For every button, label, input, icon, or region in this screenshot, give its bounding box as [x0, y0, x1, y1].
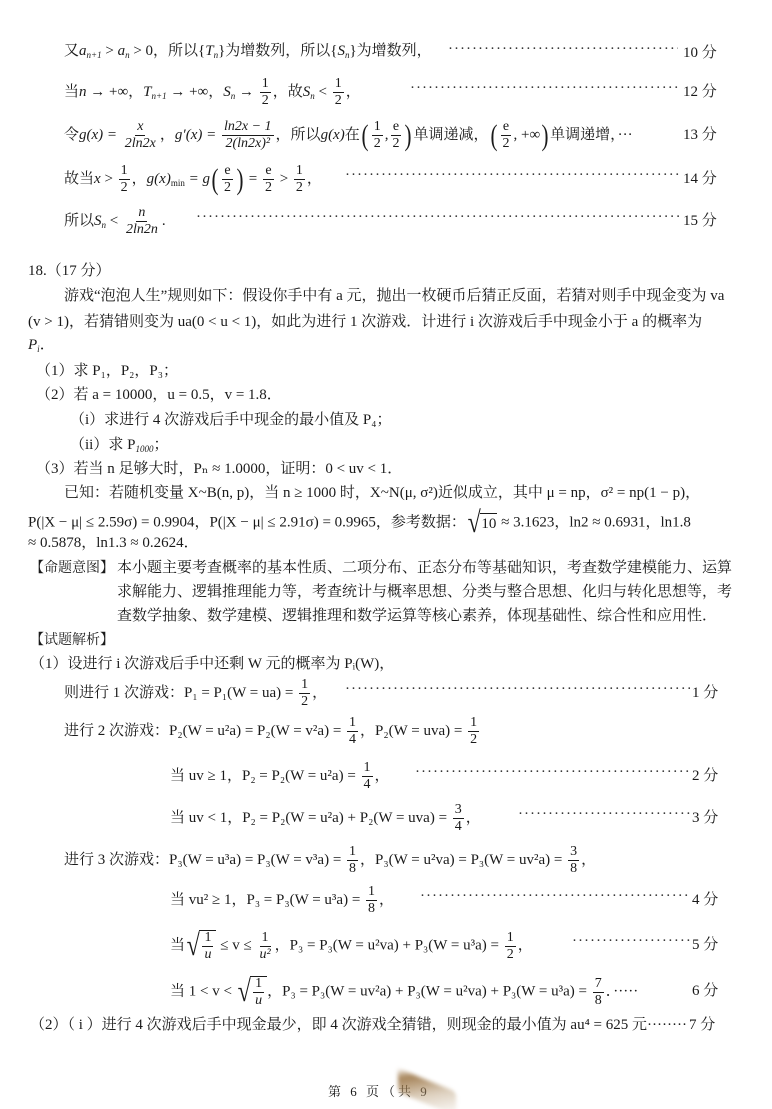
- text: ，: [581, 852, 596, 868]
- denominator: 2: [299, 694, 310, 709]
- fraction: 1u: [202, 931, 213, 962]
- score-label: 2 分: [692, 764, 718, 785]
- solution-line-12: 当n → +∞，Tn+1 → +∞，Sn → 12，故Sn < 12，: [64, 77, 361, 108]
- text: ；: [153, 437, 168, 453]
- intent-line-3: 查数学抽象、数学建模、逻辑推理和数学运算等核心素养，体现基础性、综合性和应用性．: [117, 606, 717, 626]
- text: ，P₃ = P₃(W = uv²a) + P₃(W = u²va) + P₃(W…: [267, 983, 591, 999]
- step-3-games: 进行 3 次游戏：P₃(W = u³a) = P₃(W = v³a) = 18，…: [64, 845, 596, 876]
- numerator: 1: [253, 977, 264, 993]
- math-var: S: [337, 43, 345, 59]
- denominator: 2ln2n: [124, 222, 160, 237]
- text: ，: [312, 685, 327, 701]
- denominator: 4: [347, 732, 358, 747]
- sqrt: √1u: [236, 976, 267, 1008]
- solution-line-10: 又an+1 > an > 0，所以{Tn}为增数列，所以{Sn}为增数列，: [64, 41, 432, 61]
- step-2-case-a: 当 uv ≥ 1，P₂ = P₂(W = u²a) = 14，: [170, 761, 390, 792]
- sqrt: √1u: [185, 930, 216, 962]
- text: ，: [346, 84, 361, 100]
- denominator: u²: [257, 947, 272, 962]
- denominator: 2: [372, 136, 383, 151]
- math-op: <: [315, 84, 331, 100]
- leader-dots: ········································…: [345, 167, 680, 184]
- numerator: 1: [260, 77, 271, 93]
- text: P(|X − μ| ≤ 2.59σ) = 0.9904，P(|X − μ| ≤ …: [28, 514, 466, 530]
- text: 当: [64, 84, 79, 100]
- step-3-case-b: 当√1u ≤ v ≤ 1u²，P₃ = P₃(W = u²va) + P₃(W …: [170, 930, 533, 962]
- denominator: 2ln2x: [123, 136, 158, 151]
- fraction: x2ln2x: [123, 120, 158, 151]
- fraction: 12: [294, 164, 305, 195]
- problem-stem-line-2: (v > 1)，若猜错则变为 ua(0 < u < 1)，如此为进行 1 次游戏…: [28, 312, 702, 332]
- numerator: 1: [362, 761, 373, 777]
- text: 单调递增，: [550, 127, 618, 143]
- math-var: g: [79, 127, 87, 143]
- math-op: =: [245, 171, 261, 187]
- denominator: 2: [294, 180, 305, 195]
- text: ，: [466, 810, 481, 826]
- text: ，P₂(W = uva) =: [360, 723, 466, 739]
- text: .: [162, 213, 166, 229]
- problem-stem-line-3: Pi．: [28, 335, 55, 355]
- solution-line-13: 令g(x) = x2ln2x，g′(x) = ln2x − 12(ln2x)²，…: [64, 120, 633, 151]
- fraction: 18: [366, 885, 377, 916]
- math-expr: g(x): [147, 171, 171, 187]
- math-op: → +∞，: [87, 84, 144, 100]
- denominator: 8: [593, 993, 604, 1008]
- fraction: 12: [372, 120, 383, 151]
- problem-stem-line-1: 游戏“泡泡人生”规则如下：假设你手中有 a 元，抛出一枚硬币后猜正反面，若猜对则…: [64, 286, 724, 306]
- radical-sign: √: [187, 931, 200, 961]
- text: （2）（ i ）进行 4 次游戏后手中现金最少，即 4 次游戏全猜错，则现金的最…: [30, 1017, 647, 1033]
- text: 单调递减，: [413, 127, 488, 143]
- subscript: n+1: [87, 50, 102, 60]
- denominator: 8: [347, 861, 358, 876]
- numerator: 1: [202, 931, 213, 947]
- text: 令: [64, 127, 79, 143]
- math-expr: = g: [185, 171, 210, 187]
- text: ，: [379, 892, 394, 908]
- intent-line-1: 本小题主要考查概率的基本性质、二项分布、正态分布等基础知识，考查数学建模能力、运…: [117, 558, 732, 578]
- radicand: 10: [480, 513, 497, 534]
- intent-line-2: 求解能力、逻辑推理能力等，考查统计与概率思想、分类与整合思想、化归与转化思想等，…: [117, 582, 732, 602]
- fraction: n2ln2n: [124, 206, 160, 237]
- question-2: （2）若 a = 10000，u = 0.5，v = 1.8．: [36, 385, 282, 405]
- text: 所以: [64, 213, 94, 229]
- radical-sign: √: [468, 508, 481, 538]
- ellipsis: ········: [647, 1017, 687, 1033]
- text: ≤ v ≤: [216, 937, 255, 953]
- intent-label: 【命题意图】: [30, 558, 114, 578]
- score-label: 14 分: [683, 167, 717, 188]
- numerator: ln2x − 1: [222, 120, 274, 136]
- text: 当 1 < v <: [170, 983, 236, 999]
- math-op: → +∞，: [167, 84, 224, 100]
- text: 当 vu² ≥ 1，P₃ = P₃(W = u³a) =: [170, 892, 364, 908]
- numerator: 1: [119, 164, 130, 180]
- subscript: 1000: [135, 444, 153, 454]
- fraction: 12: [333, 77, 344, 108]
- fraction: ln2x − 12(ln2x)²: [222, 120, 274, 151]
- math-op: →: [235, 84, 258, 100]
- fraction: 18: [347, 845, 358, 876]
- denominator: 2: [390, 136, 401, 151]
- score-label: 1 分: [692, 681, 718, 702]
- fraction: 38: [568, 845, 579, 876]
- text: 当 uv < 1，P₂ = P₂(W = u²a) + P₂(W = uva) …: [170, 810, 451, 826]
- score-label: 7 分: [689, 1017, 715, 1033]
- numerator: 1: [468, 716, 479, 732]
- paren: ): [542, 121, 549, 151]
- denominator: 2: [260, 93, 271, 108]
- numerator: e: [263, 164, 273, 180]
- solution-line-14: 故当x > 12，g(x)min = g(e2) = e2 > 12，: [64, 164, 322, 195]
- text: 则进行 1 次游戏：P₁ = P₁(W = ua) =: [64, 685, 297, 701]
- numerator: e: [222, 164, 232, 180]
- fraction: 12: [119, 164, 130, 195]
- math-var: a: [118, 43, 126, 59]
- radical-sign: √: [237, 977, 250, 1007]
- text: 在: [345, 127, 360, 143]
- step-1-game: 则进行 1 次游戏：P₁ = P₁(W = ua) = 12，: [64, 678, 327, 709]
- leader-dots: ········································…: [415, 764, 690, 781]
- step-3-case-a: 当 vu² ≥ 1，P₃ = P₃(W = u³a) = 18，: [170, 885, 394, 916]
- subscript: n+1: [152, 91, 167, 101]
- math-var: S: [223, 84, 231, 100]
- denominator: 2: [505, 947, 516, 962]
- fraction: e2: [390, 120, 401, 151]
- fraction: 1u: [253, 977, 264, 1008]
- analysis-part-1-intro: （1）设进行 i 次游戏后手中还剩 W 元的概率为 Pᵢ(W)，: [30, 654, 394, 674]
- fraction: e2: [501, 120, 512, 151]
- text: 故当: [64, 171, 94, 187]
- fraction: 12: [468, 716, 479, 747]
- denominator: 2: [501, 136, 512, 151]
- text: ，: [518, 937, 533, 953]
- math-op: > 0: [130, 43, 153, 59]
- text: }为增数列，所以{: [218, 43, 337, 59]
- denominator: 2: [119, 180, 130, 195]
- denominator: 2: [263, 180, 274, 195]
- denominator: 2(ln2x)²: [223, 136, 272, 151]
- question-3: （3）若当 n 足够大时，Pₙ ≈ 1.0000，证明：0 < uv < 1．: [36, 459, 402, 479]
- score-label: 3 分: [692, 806, 718, 827]
- text: ．: [40, 337, 55, 353]
- fraction: 14: [362, 761, 373, 792]
- fraction: 1u²: [257, 931, 272, 962]
- math-var: x: [94, 171, 101, 187]
- numerator: 1: [299, 678, 310, 694]
- text: ，: [375, 768, 390, 784]
- denominator: 2: [222, 180, 233, 195]
- math-var: P: [28, 337, 37, 353]
- numerator: 1: [505, 931, 516, 947]
- fraction: 14: [347, 716, 358, 747]
- math-expr: g′(x) =: [175, 127, 220, 143]
- score-label: 4 分: [692, 888, 718, 909]
- math-var: a: [79, 43, 87, 59]
- math-op: >: [102, 43, 118, 59]
- text: 进行 3 次游戏：P₃(W = u³a) = P₃(W = v³a) =: [64, 852, 345, 868]
- leader-dots: ········································…: [448, 41, 678, 58]
- denominator: u: [202, 947, 213, 962]
- fraction: e2: [222, 164, 233, 195]
- radicand: 1u: [199, 930, 216, 962]
- solution-line-15: 所以Sn < n2ln2n.: [64, 206, 166, 237]
- text: ，: [307, 171, 322, 187]
- question-2-ii: （ii）求 P1000；: [70, 435, 168, 455]
- numerator: x: [135, 120, 145, 136]
- score-label: 15 分: [683, 209, 717, 230]
- math-expr: g(x): [321, 127, 345, 143]
- leader-dots: ········································…: [410, 80, 680, 97]
- fraction: e2: [263, 164, 274, 195]
- part-2-i-answer: （2）（ i ）进行 4 次游戏后手中现金最少，即 4 次游戏全猜错，则现金的最…: [30, 1015, 715, 1035]
- paren: ): [236, 165, 243, 195]
- leader-dots: ········································…: [345, 681, 690, 698]
- known-line-3: ≈ 0.5878，ln1.3 ≈ 0.2624．: [28, 533, 199, 553]
- math-op: >: [101, 171, 117, 187]
- score-label: 10 分: [683, 41, 717, 62]
- text: ，: [132, 171, 147, 187]
- fraction: 12: [505, 931, 516, 962]
- fraction: 12: [299, 678, 310, 709]
- numerator: 1: [294, 164, 305, 180]
- denominator: 4: [453, 819, 464, 834]
- numerator: 3: [568, 845, 579, 861]
- math-op: <: [106, 213, 122, 229]
- math-expr: (x) =: [87, 127, 121, 143]
- step-2-case-b: 当 uv < 1，P₂ = P₂(W = u²a) + P₂(W = uva) …: [170, 803, 481, 834]
- question-1: （1）求 P₁，P₂，P₃；: [36, 361, 178, 381]
- numerator: 1: [366, 885, 377, 901]
- leader-dots: ········································…: [420, 888, 690, 905]
- denominator: 4: [362, 777, 373, 792]
- subscript: min: [171, 178, 185, 188]
- denominator: 2: [468, 732, 479, 747]
- sqrt: √10: [466, 508, 497, 538]
- text: 当 uv ≥ 1，P₂ = P₂(W = u²a) =: [170, 768, 360, 784]
- text: ，P₃ = P₃(W = u²va) + P₃(W = u³a) =: [275, 937, 503, 953]
- problem-number: 18.（17 分）: [28, 261, 111, 281]
- numerator: 1: [372, 120, 383, 136]
- numerator: n: [136, 206, 147, 222]
- numerator: 1: [333, 77, 344, 93]
- text: ，所以{: [153, 43, 205, 59]
- numerator: e: [391, 120, 401, 136]
- text: ≈ 3.1623，ln2 ≈ 0.6931，ln1.8: [497, 514, 691, 530]
- text: （ii）求 P: [70, 437, 135, 453]
- paren: (: [211, 165, 218, 195]
- score-label: 12 分: [683, 80, 717, 101]
- text: }为增数列，: [349, 43, 431, 59]
- denominator: u: [253, 993, 264, 1008]
- step-2-games: 进行 2 次游戏：P₂(W = u²a) = P₂(W = v²a) = 14，…: [64, 716, 481, 747]
- leader-dots: ········································…: [196, 209, 680, 226]
- paren: (: [361, 121, 368, 151]
- numerator: 1: [260, 931, 271, 947]
- text: 进行 2 次游戏：P₂(W = u²a) = P₂(W = v²a) =: [64, 723, 345, 739]
- math-op: >: [276, 171, 292, 187]
- leader-dots: ········································…: [518, 806, 690, 823]
- numerator: 1: [347, 845, 358, 861]
- paren: (: [490, 121, 497, 151]
- math-var: S: [94, 213, 102, 229]
- question-2-i: （i）求进行 4 次游戏后手中现金的最小值及 P₄；: [70, 410, 392, 430]
- analysis-label: 【试题解析】: [30, 630, 114, 650]
- denominator: 8: [366, 901, 377, 916]
- text: ，所以: [276, 127, 321, 143]
- radicand: 1u: [250, 976, 267, 1008]
- denominator: 2: [333, 93, 344, 108]
- text: ，P₃(W = u²va) = P₃(W = uv²a) =: [360, 852, 566, 868]
- math-var: T: [143, 84, 151, 100]
- fraction: 34: [453, 803, 464, 834]
- known-line-1: 已知：若随机变量 X~B(n, p)，当 n ≥ 1000 时，X~N(μ, σ…: [64, 483, 700, 503]
- text: ，故: [273, 84, 303, 100]
- numerator: e: [501, 120, 511, 136]
- score-label: 5 分: [692, 933, 718, 954]
- numerator: 7: [593, 977, 604, 993]
- math-expr: , +∞: [514, 127, 541, 143]
- paren: ): [405, 121, 412, 151]
- text: ，: [160, 127, 175, 143]
- step-3-case-c: 当 1 < v < √1u，P₃ = P₃(W = uv²a) + P₃(W =…: [170, 976, 638, 1008]
- ellipsis: ·····: [613, 983, 638, 999]
- fraction: 78: [593, 977, 604, 1008]
- score-label: 13 分: [683, 123, 717, 144]
- denominator: 8: [568, 861, 579, 876]
- math-var: n: [79, 84, 87, 100]
- ellipsis: ···: [618, 127, 633, 143]
- fraction: 12: [260, 77, 271, 108]
- numerator: 3: [453, 803, 464, 819]
- numerator: 1: [347, 716, 358, 732]
- text: 又: [64, 43, 79, 59]
- text: 当: [170, 937, 185, 953]
- leader-dots: ········································…: [572, 933, 690, 950]
- math-var: T: [205, 43, 213, 59]
- score-label: 6 分: [692, 979, 718, 1000]
- redaction-smudge: [398, 1068, 456, 1109]
